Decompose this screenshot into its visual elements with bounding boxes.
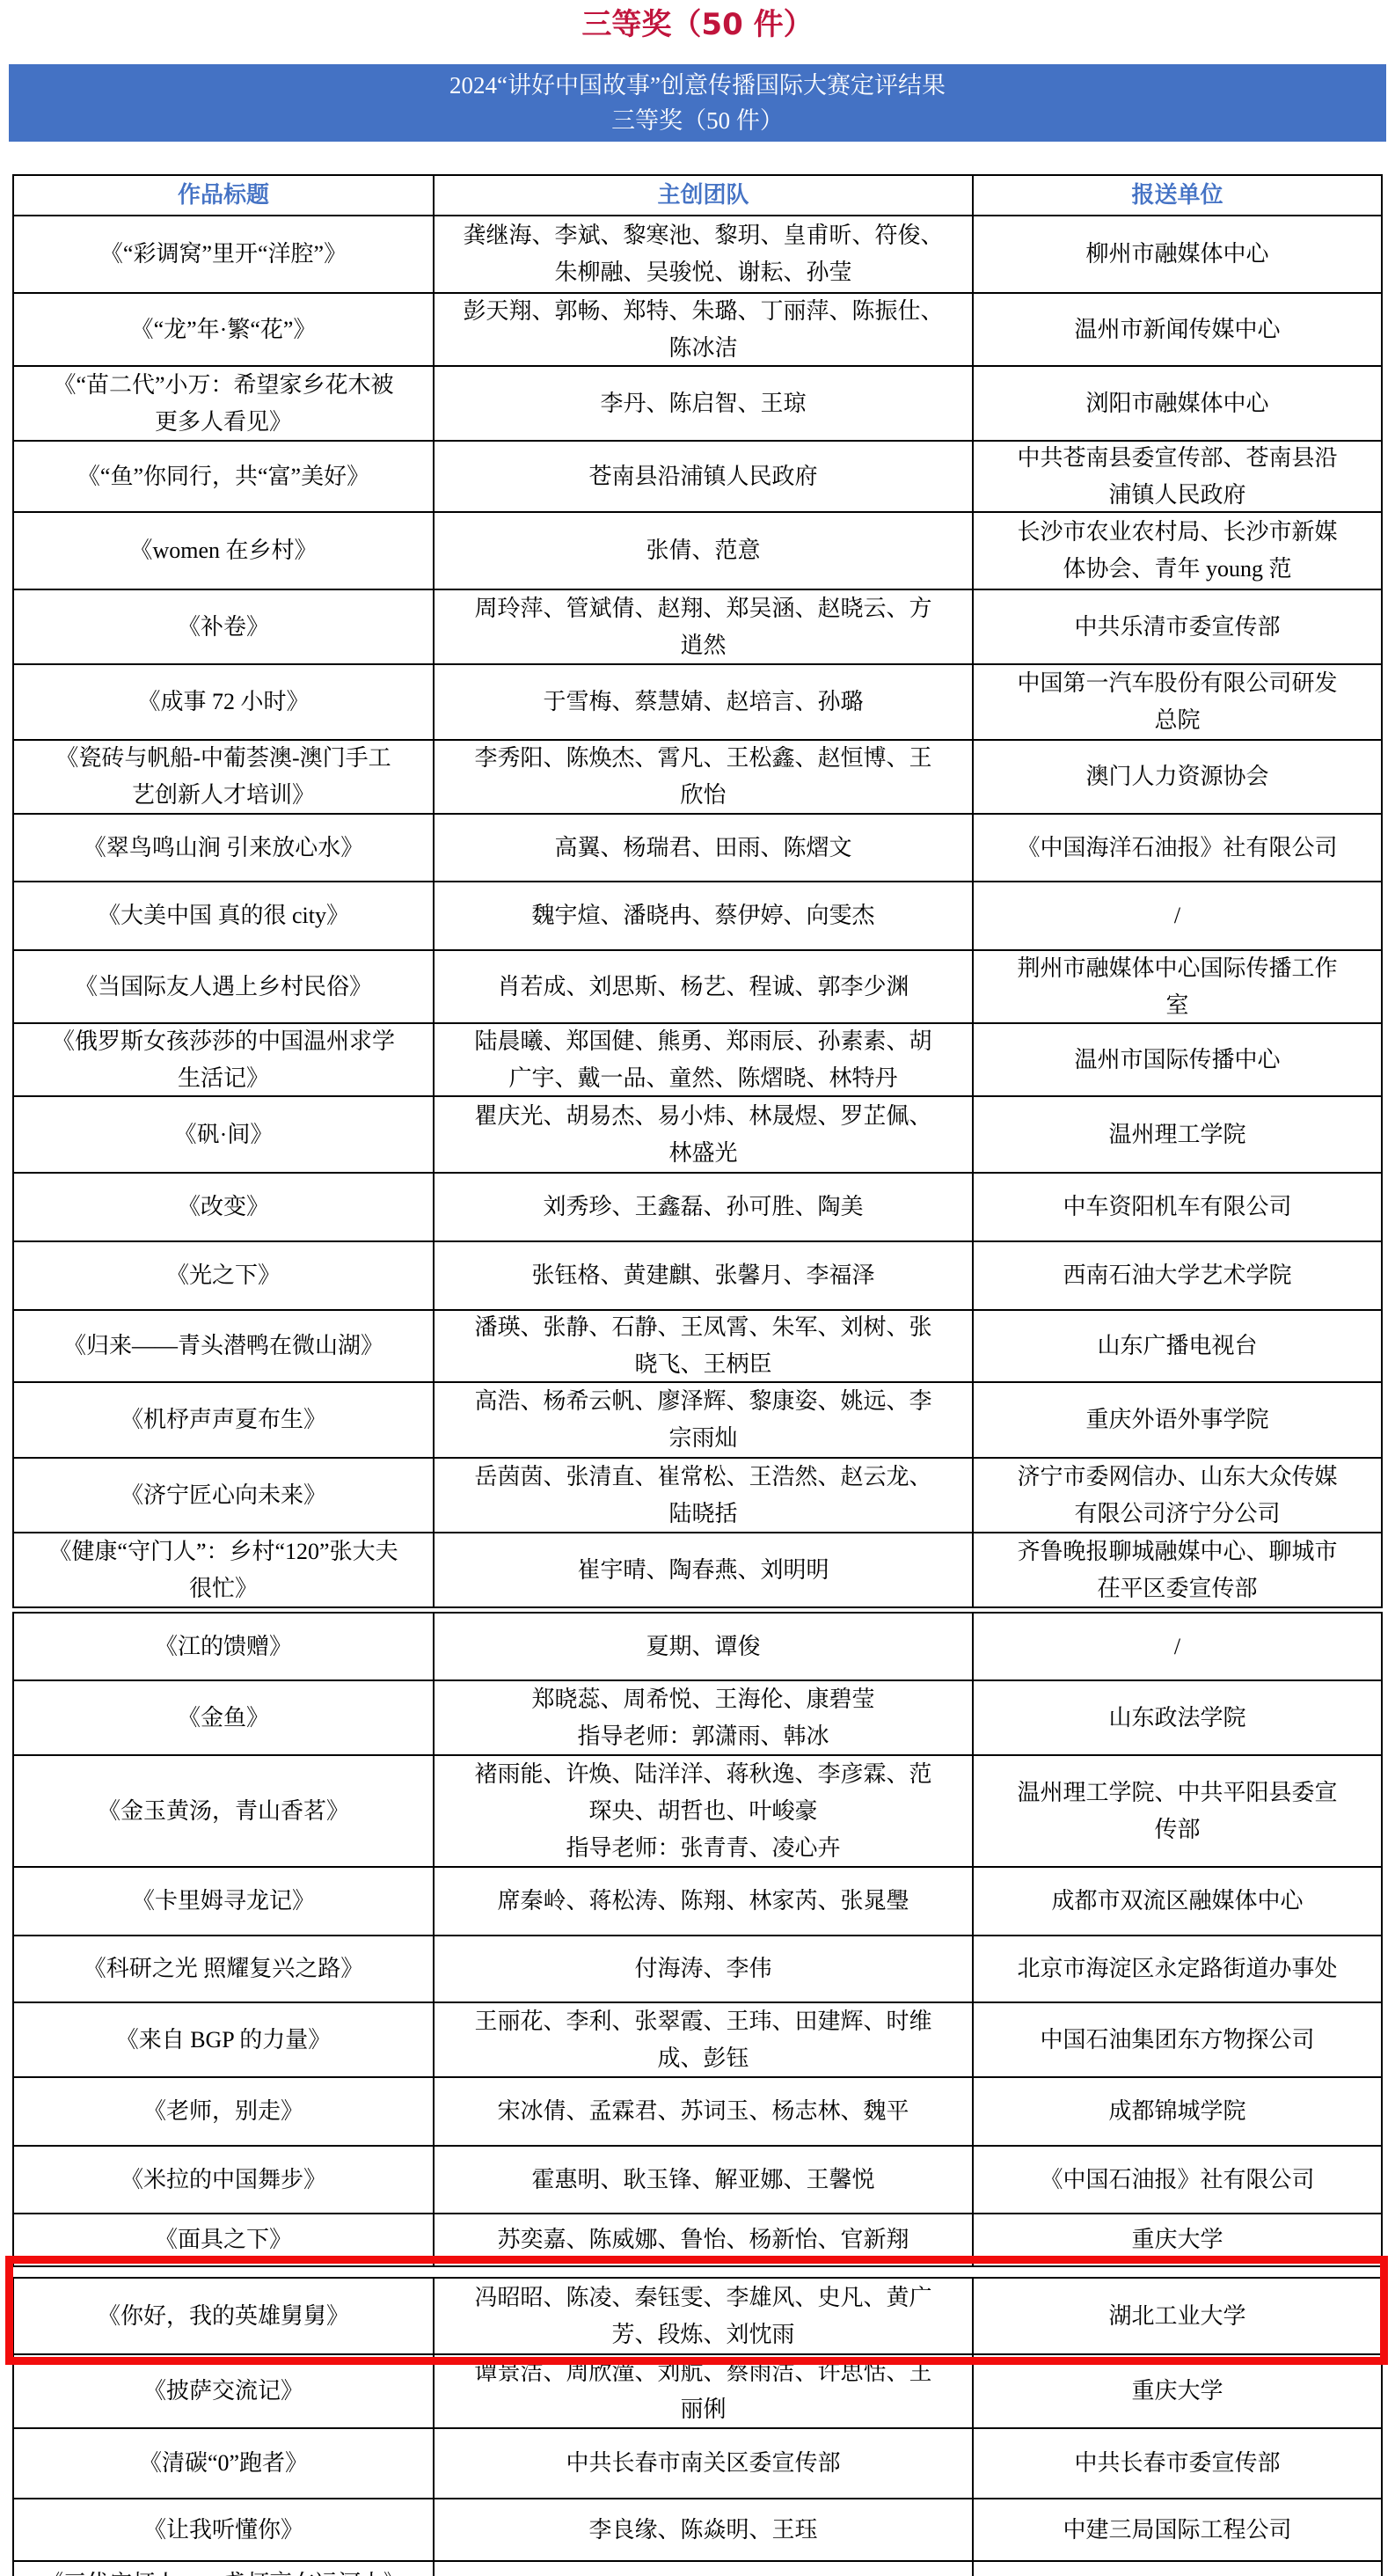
- title-cell: 《补卷》: [14, 590, 433, 663]
- unit-cell: 北京市海淀区永定路街道办事处: [972, 1936, 1381, 2002]
- unit-cell: 中共苍南县委宣传部、苍南县沿 浦镇人民政府: [972, 442, 1381, 511]
- team-cell: 瞿庆光、胡易杰、易小炜、林晟煜、罗芷佩、 林盛光: [433, 1097, 972, 1172]
- title-cell: 《米拉的中国舞步》: [14, 2147, 433, 2213]
- table-row: 《补卷》周玲萍、管斌倩、赵翔、郑吴涵、赵晓云、方 逍然中共乐清市委宣传部: [14, 589, 1381, 663]
- table-section-3: 《你好，我的英雄舅舅》冯昭昭、陈凌、秦钰雯、李雄风、史凡、黄广 芳、段炼、刘忱雨…: [12, 2277, 1383, 2576]
- team-cell: 褚雨能、许焕、陆洋洋、蒋秋逸、李彦霖、范 琛央、胡哲也、叶峻豪 指导老师：张青青…: [433, 1756, 972, 1866]
- table-row: 《机杼声声夏布生》高浩、杨希云帆、廖泽辉、黎康姿、姚远、李 宗雨灿重庆外语外事学…: [14, 1381, 1381, 1457]
- unit-cell: 重庆大学: [972, 2214, 1381, 2265]
- title-cell: 《让我听懂你》: [14, 2499, 433, 2560]
- unit-cell: 重庆大学: [972, 2355, 1381, 2427]
- unit-cell: 柳州市融媒体中心: [972, 216, 1381, 292]
- title-cell: 《“龙”年·繁“花”》: [14, 294, 433, 365]
- table-row: 《“彩调窝”里开“洋腔”》龚继海、李斌、黎寒池、黎玥、皇甫昕、符俊、 朱柳融、吴…: [14, 215, 1381, 292]
- unit-cell: 中车资阳机车有限公司: [972, 1174, 1381, 1240]
- unit-cell: 济宁市委网信办、山东大众传媒 有限公司济宁分公司: [972, 1459, 1381, 1532]
- team-cell: 岳茵茵、张清直、崔常松、王浩然、赵云龙、 陆晓括: [433, 1459, 972, 1532]
- team-cell: 崔宇晴、陶春燕、刘明明: [433, 1533, 972, 1606]
- unit-cell: 温州理工学院: [972, 1097, 1381, 1172]
- title-cell: 《来自 BGP 的力量》: [14, 2003, 433, 2076]
- banner: 2024“讲好中国故事”创意传播国际大赛定评结果 三等奖（50 件）: [9, 64, 1386, 142]
- team-cell: 高浩、杨希云帆、廖泽辉、黎康姿、姚远、李 宗雨灿: [433, 1383, 972, 1457]
- team-cell: 张钰格、黄建麒、张馨月、李福泽: [433, 1242, 972, 1309]
- unit-cell: 西南石油大学艺术学院: [972, 1242, 1381, 1309]
- team-cell: 夏期、谭俊: [433, 1614, 972, 1680]
- unit-cell: 荆州市融媒体中心国际传播工作 室: [972, 951, 1381, 1022]
- table-row: 《金鱼》郑晓蕊、周希悦、王海伦、康碧莹 指导老师：郭潇雨、韩冰山东政法学院: [14, 1680, 1381, 1754]
- table-row: 《“鱼”你同行，共“富”美好》苍南县沿浦镇人民政府中共苍南县委宣传部、苍南县沿 …: [14, 440, 1381, 511]
- team-cell: 彭天翔、郭畅、郑特、朱璐、丁丽萍、陈振仕、 陈冰洁: [433, 294, 972, 365]
- column-header-1: 作品标题: [14, 176, 433, 215]
- team-cell: [433, 2562, 972, 2576]
- unit-cell: 中共长春市委宣传部: [972, 2429, 1381, 2498]
- table-row: 《面具之下》苏奕嘉、陈威娜、鲁怡、杨新怡、官新翔重庆大学: [14, 2213, 1381, 2265]
- unit-cell: 山东政法学院: [972, 1681, 1381, 1754]
- title-cell: 《改变》: [14, 1174, 433, 1240]
- table-row: 《矾·间》瞿庆光、胡易杰、易小炜、林晟煜、罗芷佩、 林盛光温州理工学院: [14, 1095, 1381, 1172]
- table-row: 《卡里姆寻龙记》席秦岭、蒋松涛、陈翔、林家芮、张晁璺成都市双流区融媒体中心: [14, 1866, 1381, 1935]
- title-cell: 《归来——青头潜鸭在微山湖》: [14, 1311, 433, 1381]
- title-cell: 《江的馈赠》: [14, 1614, 433, 1680]
- title-cell: 《清碳“0”跑者》: [14, 2429, 433, 2498]
- unit-cell: 浏阳市融媒体中心: [972, 367, 1381, 440]
- team-cell: 王丽花、李利、张翠霞、王玮、田建辉、时维 成、彭钰: [433, 2003, 972, 2076]
- team-cell: 于雪梅、蔡慧婧、赵培言、孙璐: [433, 665, 972, 739]
- title-cell: 《“苗二代”小万：希望家乡花木被 更多人看见》: [14, 367, 433, 440]
- title-cell: 《披萨交流记》: [14, 2355, 433, 2427]
- banner-line-2: 三等奖（50 件）: [9, 103, 1386, 138]
- team-cell: 陆晨曦、郑国健、熊勇、郑雨辰、孙素素、胡 广宇、戴一品、童然、陈熠晓、林特丹: [433, 1024, 972, 1095]
- title-cell: 《健康“守门人”：乡村“120”张大夫 很忙》: [14, 1533, 433, 1606]
- table-row: 《济宁匠心向未来》岳茵茵、张清直、崔常松、王浩然、赵云龙、 陆晓括济宁市委网信办…: [14, 1457, 1381, 1532]
- table-row: 《清碳“0”跑者》中共长春市南关区委宣传部中共长春市委宣传部: [14, 2427, 1381, 2498]
- unit-cell: 中建三局国际工程公司: [972, 2499, 1381, 2560]
- title-cell: 《老师，别走》: [14, 2078, 433, 2145]
- unit-cell: 重庆外语外事学院: [972, 1383, 1381, 1457]
- team-cell: 谭景洁、周欣潼、刘航、蔡雨洁、许思恬、王 丽俐: [433, 2355, 972, 2427]
- unit-cell: /: [972, 1614, 1381, 1680]
- table-row: 《大美中国 真的很 city》魏宇煊、潘晓冉、蔡伊婷、向雯杰/: [14, 881, 1381, 949]
- table-row: 《瓷砖与帆船-中葡荟澳-澳门手工 艺创新人才培训》李秀阳、陈焕杰、霄凡、王松鑫、…: [14, 739, 1381, 813]
- unit-cell: 温州市国际传播中心: [972, 1024, 1381, 1095]
- team-cell: 肖若成、刘思斯、杨艺、程诚、郭李少渊: [433, 951, 972, 1022]
- title-cell: 《成事 72 小时》: [14, 665, 433, 739]
- title-cell: 《金玉黄汤，青山香茗》: [14, 1756, 433, 1866]
- column-header-3: 报送单位: [972, 176, 1381, 215]
- title-cell: 《大美中国 真的很 city》: [14, 882, 433, 949]
- title-cell: 《金鱼》: [14, 1681, 433, 1754]
- table-row: 《光之下》张钰格、黄建麒、张馨月、李福泽西南石油大学艺术学院: [14, 1240, 1381, 1309]
- team-cell: 霍惠明、耿玉锋、解亚娜、王馨悦: [433, 2147, 972, 2213]
- team-cell: 刘秀珍、王鑫磊、孙可胜、陶美: [433, 1174, 972, 1240]
- title-cell: 《瓷砖与帆船-中葡荟澳-澳门手工 艺创新人才培训》: [14, 741, 433, 813]
- title-cell: 《机杼声声夏布生》: [14, 1383, 433, 1457]
- table-row: 《江的馈赠》夏期、谭俊/: [14, 1614, 1381, 1680]
- unit-cell: 温州市新闻传媒中心: [972, 294, 1381, 365]
- table-row: 《women 在乡村》张倩、范意长沙市农业农村局、长沙市新媒 体协会、青年 yo…: [14, 511, 1381, 589]
- banner-line-1: 2024“讲好中国故事”创意传播国际大赛定评结果: [9, 68, 1386, 103]
- team-cell: 中共长春市南关区委宣传部: [433, 2429, 972, 2498]
- table-section-2: 《江的馈赠》夏期、谭俊/《金鱼》郑晓蕊、周希悦、王海伦、康碧莹 指导老师：郭潇雨…: [12, 1612, 1383, 2267]
- table-row: 《披萨交流记》谭景洁、周欣潼、刘航、蔡雨洁、许思恬、王 丽俐重庆大学: [14, 2353, 1381, 2427]
- unit-cell: 山东广播电视台: [972, 1311, 1381, 1381]
- table-row: 《翠鸟鸣山涧 引来放心水》高翼、杨瑞君、田雨、陈熠文《中国海洋石油报》社有限公司: [14, 813, 1381, 881]
- unit-cell: [972, 2562, 1381, 2576]
- team-cell: 张倩、范意: [433, 513, 972, 589]
- team-cell: 冯昭昭、陈凌、秦钰雯、李雄风、史凡、黄广 芳、段炼、刘忱雨: [433, 2279, 972, 2353]
- unit-cell: 《中国海洋石油报》社有限公司: [972, 815, 1381, 881]
- table-row: 《米拉的中国舞步》霍惠明、耿玉锋、解亚娜、王馨悦《中国石油报》社有限公司: [14, 2145, 1381, 2213]
- title-cell: 《俄罗斯女孩莎莎的中国温州求学 生活记》: [14, 1024, 433, 1095]
- team-cell: 龚继海、李斌、黎寒池、黎玥、皇甫昕、符俊、 朱柳融、吴骏悦、谢耘、孙莹: [433, 216, 972, 292]
- title-cell: 《你好，我的英雄舅舅》: [14, 2279, 433, 2353]
- team-cell: 苏奕嘉、陈威娜、鲁怡、杨新怡、官新翔: [433, 2214, 972, 2265]
- unit-cell: 中共乐清市委宣传部: [972, 590, 1381, 663]
- table-row: 《来自 BGP 的力量》王丽花、李利、张翠霞、王玮、田建辉、时维 成、彭钰中国石…: [14, 2002, 1381, 2076]
- table-row: 《让我听懂你》李良缘、陈焱明、王珏中建三局国际工程公司: [14, 2498, 1381, 2560]
- table-row: 《健康“守门人”：乡村“120”张大夫 很忙》崔宇晴、陶春燕、刘明明齐鲁晚报聊城…: [14, 1532, 1381, 1606]
- unit-cell: 齐鲁晚报聊城融媒中心、聊城市 茌平区委宣传部: [972, 1533, 1381, 1606]
- team-cell: 宋冰倩、孟霖君、苏词玉、杨志林、魏平: [433, 2078, 972, 2145]
- page-title: 三等奖（50 件）: [0, 5, 1395, 44]
- title-cell: 《“彩调窝”里开“洋腔”》: [14, 216, 433, 292]
- unit-cell: 《中国石油报》社有限公司: [972, 2147, 1381, 2213]
- team-cell: 周玲萍、管斌倩、赵翔、郑吴涵、赵晓云、方 逍然: [433, 590, 972, 663]
- unit-cell: 澳门人力资源协会: [972, 741, 1381, 813]
- table-row: 《三代守灯人，一盏灯亮在运河上》: [14, 2560, 1381, 2576]
- table-row: 《“苗二代”小万：希望家乡花木被 更多人看见》李丹、陈启智、王琼浏阳市融媒体中心: [14, 365, 1381, 440]
- team-cell: 苍南县沿浦镇人民政府: [433, 442, 972, 511]
- table-row: 《你好，我的英雄舅舅》冯昭昭、陈凌、秦钰雯、李雄风、史凡、黄广 芳、段炼、刘忱雨…: [14, 2279, 1381, 2353]
- title-cell: 《科研之光 照耀复兴之路》: [14, 1936, 433, 2002]
- table-row: 《老师，别走》宋冰倩、孟霖君、苏词玉、杨志林、魏平成都锦城学院: [14, 2076, 1381, 2145]
- team-cell: 席秦岭、蒋松涛、陈翔、林家芮、张晁璺: [433, 1868, 972, 1935]
- table-row: 《当国际友人遇上乡村民俗》肖若成、刘思斯、杨艺、程诚、郭李少渊荆州市融媒体中心国…: [14, 949, 1381, 1022]
- table-row: 《“龙”年·繁“花”》彭天翔、郭畅、郑特、朱璐、丁丽萍、陈振仕、 陈冰洁温州市新…: [14, 292, 1381, 365]
- table-section-1: 作品标题主创团队报送单位《“彩调窝”里开“洋腔”》龚继海、李斌、黎寒池、黎玥、皇…: [12, 174, 1383, 1608]
- title-cell: 《翠鸟鸣山涧 引来放心水》: [14, 815, 433, 881]
- team-cell: 李秀阳、陈焕杰、霄凡、王松鑫、赵恒博、王 欣怡: [433, 741, 972, 813]
- team-cell: 潘瑛、张静、石静、王凤霄、朱军、刘树、张 晓飞、王柄臣: [433, 1311, 972, 1381]
- title-cell: 《当国际友人遇上乡村民俗》: [14, 951, 433, 1022]
- title-cell: 《光之下》: [14, 1242, 433, 1309]
- unit-cell: 中国石油集团东方物探公司: [972, 2003, 1381, 2076]
- unit-cell: 长沙市农业农村局、长沙市新媒 体协会、青年 young 范: [972, 513, 1381, 589]
- team-cell: 郑晓蕊、周希悦、王海伦、康碧莹 指导老师：郭潇雨、韩冰: [433, 1681, 972, 1754]
- table-row: 《金玉黄汤，青山香茗》褚雨能、许焕、陆洋洋、蒋秋逸、李彦霖、范 琛央、胡哲也、叶…: [14, 1754, 1381, 1866]
- title-cell: 《面具之下》: [14, 2214, 433, 2265]
- title-cell: 《women 在乡村》: [14, 513, 433, 589]
- team-cell: 高翼、杨瑞君、田雨、陈熠文: [433, 815, 972, 881]
- title-cell: 《卡里姆寻龙记》: [14, 1868, 433, 1935]
- title-cell: 《“鱼”你同行，共“富”美好》: [14, 442, 433, 511]
- unit-cell: 湖北工业大学: [972, 2279, 1381, 2353]
- title-cell: 《矾·间》: [14, 1097, 433, 1172]
- unit-cell: 成都锦城学院: [972, 2078, 1381, 2145]
- unit-cell: 中国第一汽车股份有限公司研发 总院: [972, 665, 1381, 739]
- title-cell: 《济宁匠心向未来》: [14, 1459, 433, 1532]
- unit-cell: /: [972, 882, 1381, 949]
- table-row: 《归来——青头潜鸭在微山湖》潘瑛、张静、石静、王凤霄、朱军、刘树、张 晓飞、王柄…: [14, 1309, 1381, 1381]
- team-cell: 李丹、陈启智、王琼: [433, 367, 972, 440]
- team-cell: 李良缘、陈焱明、王珏: [433, 2499, 972, 2560]
- team-cell: 付海涛、李伟: [433, 1936, 972, 2002]
- table-header-row: 作品标题主创团队报送单位: [14, 176, 1381, 215]
- table-row: 《成事 72 小时》于雪梅、蔡慧婧、赵培言、孙璐中国第一汽车股份有限公司研发 总…: [14, 663, 1381, 739]
- table-row: 《科研之光 照耀复兴之路》付海涛、李伟北京市海淀区永定路街道办事处: [14, 1935, 1381, 2002]
- table-row: 《俄罗斯女孩莎莎的中国温州求学 生活记》陆晨曦、郑国健、熊勇、郑雨辰、孙素素、胡…: [14, 1022, 1381, 1095]
- unit-cell: 温州理工学院、中共平阳县委宣 传部: [972, 1756, 1381, 1866]
- title-cell: 《三代守灯人，一盏灯亮在运河上》: [14, 2562, 433, 2576]
- column-header-2: 主创团队: [433, 176, 972, 215]
- table-row: 《改变》刘秀珍、王鑫磊、孙可胜、陶美中车资阳机车有限公司: [14, 1172, 1381, 1240]
- unit-cell: 成都市双流区融媒体中心: [972, 1868, 1381, 1935]
- team-cell: 魏宇煊、潘晓冉、蔡伊婷、向雯杰: [433, 882, 972, 949]
